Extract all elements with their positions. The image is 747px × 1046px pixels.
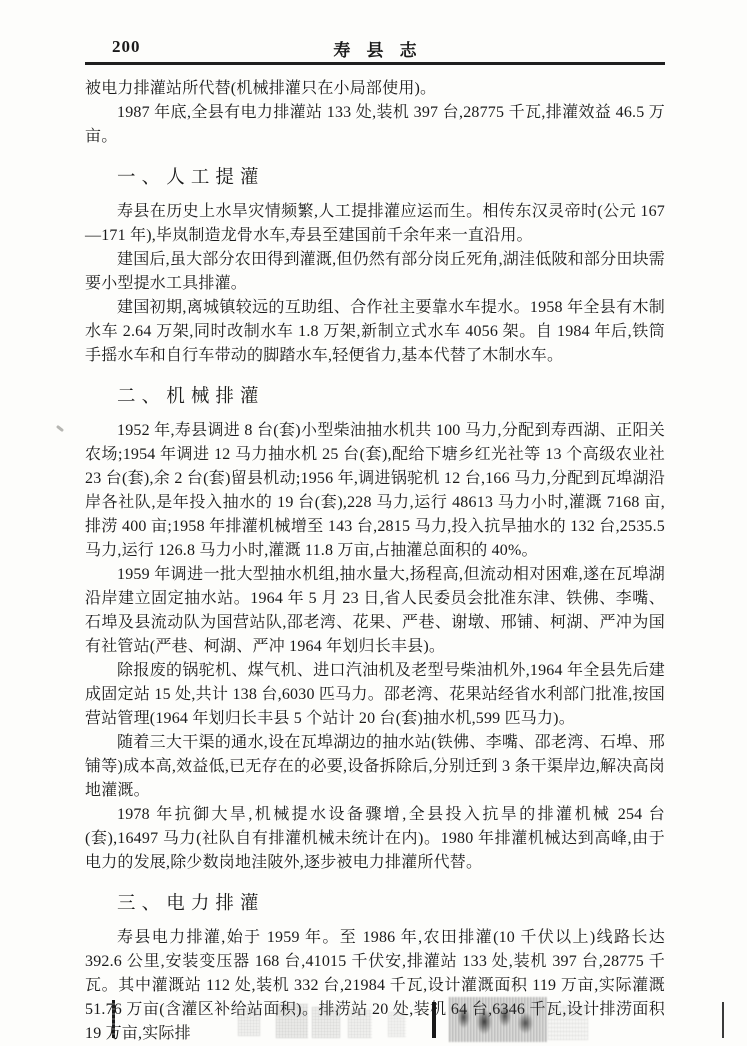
paragraph: 建国后,虽大部分农田得到灌溉,但仍然有部分岗丘死角,湖洼低陂和部分田块需要小型提… (85, 248, 665, 296)
paragraph: 随着三大干渠的通水,设在瓦埠湖边的抽水站(铁佛、李嘴、邵老湾、石埠、邢铺等)成本… (85, 731, 665, 803)
paragraph: 1987 年底,全县有电力排灌站 133 处,装机 397 台,28775 千瓦… (85, 101, 665, 149)
scanned-book-page: 200 寿县志 被电力排灌站所代替(机械排灌只在小局部使用)。 1987 年底,… (0, 0, 747, 1046)
body-text: 被电力排灌站所代替(机械排灌只在小局部使用)。 1987 年底,全县有电力排灌站… (85, 65, 665, 1046)
paragraph: 1978 年抗御大旱,机械提水设备骤增,全县投入抗旱的排灌机械 254 台(套)… (85, 803, 665, 875)
scan-bar-artifact (112, 1000, 115, 1038)
scan-smudge-artifact (312, 1007, 340, 1038)
scan-smudge-artifact (449, 997, 547, 1042)
section-heading-manual-irrigation: 一、人工提灌 (85, 163, 665, 189)
running-head: 200 寿县志 (85, 34, 665, 65)
book-title: 寿县志 (85, 34, 665, 61)
scan-dot-artifact (505, 988, 508, 991)
scan-smudge-artifact (276, 1004, 308, 1038)
scan-smudge-artifact (348, 1010, 372, 1038)
paragraph: 1952 年,寿县调进 8 台(套)小型柴油抽水机共 100 马力,分配到寿西湖… (85, 419, 665, 563)
paragraph: 建国初期,离城镇较远的互助组、合作社主要靠水车提水。1958 年全县有木制水车 … (85, 296, 665, 368)
page-number: 200 (112, 37, 141, 57)
scan-smudge-artifact (388, 1012, 406, 1037)
paragraph: 1959 年调进一批大型抽水机组,抽水量大,扬程高,但流动相对困难,遂在瓦埠湖沿… (85, 563, 665, 659)
scan-bar-artifact (722, 1002, 724, 1038)
section-heading-electric-drainage-irrigation: 三、电力排灌 (85, 889, 665, 915)
scan-smudge-artifact (548, 1004, 588, 1040)
paragraph: 寿县在历史上水旱灾情频繁,人工提排灌应运而生。相传东汉灵帝时(公元 167—17… (85, 200, 665, 248)
paragraph-continued: 被电力排灌站所代替(机械排灌只在小局部使用)。 (85, 77, 665, 101)
scan-tick-artifact (56, 425, 64, 432)
scan-smudge-artifact (238, 1008, 260, 1036)
section-heading-mechanical-drainage-irrigation: 二、机械排灌 (85, 382, 665, 408)
paragraph: 除报废的锅驼机、煤气机、进口汽油机及老型号柴油机外,1964 年全县先后建成固定… (85, 659, 665, 731)
scan-bar-artifact (432, 1002, 436, 1038)
page-content: 200 寿县志 被电力排灌站所代替(机械排灌只在小局部使用)。 1987 年底,… (85, 34, 665, 1046)
